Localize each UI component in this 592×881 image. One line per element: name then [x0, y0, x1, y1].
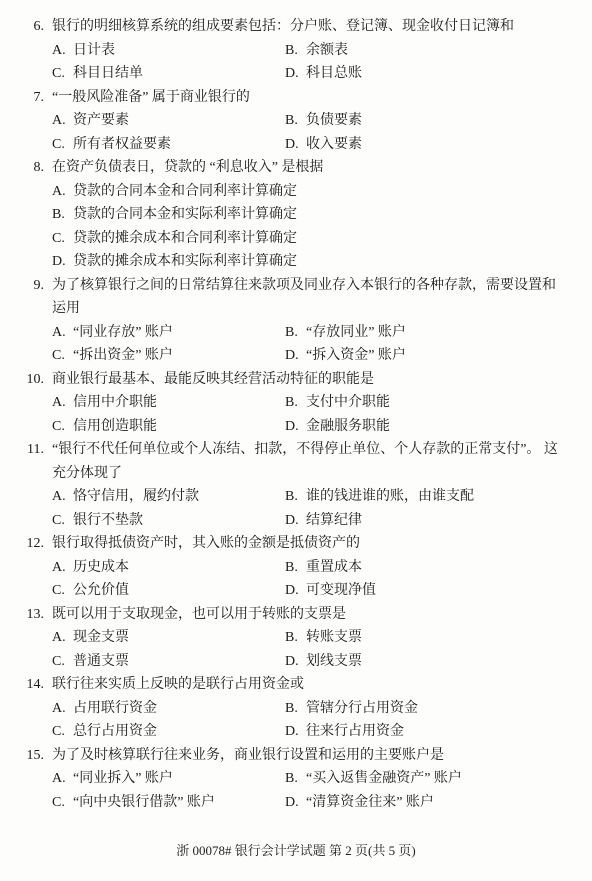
option-letter: A. [52, 556, 67, 580]
option-row: D.贷款的摊余成本和实际利率计算确定 [52, 250, 556, 274]
question-text-line: 银行的明细核算系统的组成要素包括：分户账、登记簿、现金收付日记簿和 [52, 15, 556, 39]
question-text-line: 银行取得抵债资产时，其入账的金额是抵债资产的 [52, 532, 556, 556]
option-text: 恪守信用，履约付款 [73, 489, 199, 504]
option-row: A.占用联行资金B.管辖分行占用资金 [52, 697, 556, 721]
option-letter: B. [285, 556, 300, 580]
option-text: 谁的钱进谁的账，由谁支配 [306, 489, 474, 504]
option-text: 日计表 [73, 43, 115, 58]
option-letter: B. [285, 109, 300, 133]
question-text-line: “银行不代任何单位或个人冻结、扣款，不得停止单位、个人存款的正常支付”。 这 [52, 438, 556, 462]
question-body: “一般风险准备” 属于商业银行的A.资产要素B.负债要素C.所有者权益要素D.收… [52, 86, 556, 157]
option-text: 科目总账 [306, 66, 362, 81]
option-text: 历史成本 [73, 560, 129, 575]
option-letter: C. [52, 62, 67, 86]
option-letter: C. [52, 791, 67, 815]
option-letter: D. [285, 415, 300, 439]
option-A: A.贷款的合同本金和合同利率计算确定 [52, 180, 297, 204]
question-list: 6.银行的明细核算系统的组成要素包括：分户账、登记簿、现金收付日记簿和A.日计表… [0, 15, 592, 814]
option-row: A.贷款的合同本金和合同利率计算确定 [52, 180, 556, 204]
option-D: D.贷款的摊余成本和实际利率计算确定 [52, 250, 297, 274]
option-D: D.“拆入资金” 账户 [285, 344, 406, 368]
option-text: 公允价值 [73, 583, 129, 598]
option-C: C.信用创造职能 [52, 415, 285, 439]
option-text: “向中央银行借款” 账户 [73, 795, 215, 810]
option-letter: D. [285, 579, 300, 603]
option-text: 结算纪律 [306, 513, 362, 528]
option-C: C.公允价值 [52, 579, 285, 603]
option-text: 所有者权益要素 [73, 137, 171, 152]
option-row: C.公允价值D.可变现净值 [52, 579, 556, 603]
option-letter: D. [52, 250, 67, 274]
option-text: 收入要素 [306, 137, 362, 152]
option-B: B.谁的钱进谁的账，由谁支配 [285, 485, 474, 509]
option-text: “同业存放” 账户 [73, 325, 173, 340]
question-12: 12.银行取得抵债资产时，其入账的金额是抵债资产的A.历史成本B.重置成本C.公… [0, 532, 592, 603]
option-letter: D. [285, 133, 300, 157]
option-B: B.贷款的合同本金和实际利率计算确定 [52, 203, 297, 227]
option-text: 贷款的合同本金和合同利率计算确定 [73, 184, 297, 199]
option-text: 重置成本 [306, 560, 362, 575]
option-A: A.资产要素 [52, 109, 285, 133]
option-A: A.日计表 [52, 39, 285, 63]
question-body: 商业银行最基本、最能反映其经营活动特征的职能是A.信用中介职能B.支付中介职能C… [52, 368, 556, 439]
option-letter: B. [52, 203, 67, 227]
option-text: “买入返售金融资产” 账户 [306, 771, 462, 786]
question-text-line: 既可以用于支取现金，也可以用于转账的支票是 [52, 603, 556, 627]
option-B: B.管辖分行占用资金 [285, 697, 418, 721]
option-D: D.可变现净值 [285, 579, 376, 603]
question-number: 9. [0, 274, 44, 298]
option-letter: C. [52, 650, 67, 674]
option-row: C.银行不垫款D.结算纪律 [52, 509, 556, 533]
option-letter: C. [52, 415, 67, 439]
option-B: B.支付中介职能 [285, 391, 390, 415]
question-13: 13.既可以用于支取现金，也可以用于转账的支票是A.现金支票B.转账支票C.普通… [0, 603, 592, 674]
option-text: “清算资金往来” 账户 [306, 795, 434, 810]
option-text: “拆出资金” 账户 [73, 348, 173, 363]
option-A: A.“同业存放” 账户 [52, 321, 285, 345]
option-text: 贷款的合同本金和实际利率计算确定 [73, 207, 297, 222]
option-row: A.“同业拆入” 账户B.“买入返售金融资产” 账户 [52, 767, 556, 791]
option-text: 往来行占用资金 [306, 724, 404, 739]
option-B: B.负债要素 [285, 109, 362, 133]
question-text-line: “一般风险准备” 属于商业银行的 [52, 86, 556, 110]
option-row: A.现金支票B.转账支票 [52, 626, 556, 650]
option-letter: D. [285, 62, 300, 86]
option-letter: D. [285, 650, 300, 674]
option-row: A.信用中介职能B.支付中介职能 [52, 391, 556, 415]
option-D: D.划线支票 [285, 650, 362, 674]
option-row: C.“拆出资金” 账户D.“拆入资金” 账户 [52, 344, 556, 368]
option-B: B.“买入返售金融资产” 账户 [285, 767, 462, 791]
option-letter: A. [52, 767, 67, 791]
option-letter: B. [285, 321, 300, 345]
option-letter: A. [52, 485, 67, 509]
option-letter: D. [285, 344, 300, 368]
question-number: 10. [0, 368, 44, 392]
option-letter: C. [52, 579, 67, 603]
option-row: C.科目日结单D.科目总账 [52, 62, 556, 86]
option-C: C.“向中央银行借款” 账户 [52, 791, 285, 815]
option-letter: B. [285, 767, 300, 791]
option-text: 贷款的摊余成本和合同利率计算确定 [73, 231, 297, 246]
option-letter: B. [285, 697, 300, 721]
option-B: B.“存放同业” 账户 [285, 321, 406, 345]
question-body: 联行往来实质上反映的是联行占用资金或A.占用联行资金B.管辖分行占用资金C.总行… [52, 673, 556, 744]
question-body: 在资产负债表日，贷款的 “利息收入” 是根据A.贷款的合同本金和合同利率计算确定… [52, 156, 556, 274]
question-text-line: 运用 [52, 297, 556, 321]
option-text: 占用联行资金 [73, 701, 157, 716]
option-letter: B. [285, 626, 300, 650]
option-text: 信用创造职能 [73, 419, 157, 434]
question-text-line: 联行往来实质上反映的是联行占用资金或 [52, 673, 556, 697]
option-D: D.往来行占用资金 [285, 720, 404, 744]
option-A: A.“同业拆入” 账户 [52, 767, 285, 791]
question-number: 15. [0, 744, 44, 768]
option-C: C.所有者权益要素 [52, 133, 285, 157]
option-B: B.转账支票 [285, 626, 362, 650]
option-letter: C. [52, 133, 67, 157]
option-letter: D. [285, 509, 300, 533]
option-row: A.恪守信用，履约付款B.谁的钱进谁的账，由谁支配 [52, 485, 556, 509]
option-row: C.总行占用资金D.往来行占用资金 [52, 720, 556, 744]
option-letter: C. [52, 227, 67, 251]
option-letter: A. [52, 391, 67, 415]
question-body: 为了及时核算联行往来业务，商业银行设置和运用的主要账户是A.“同业拆入” 账户B… [52, 744, 556, 815]
option-letter: A. [52, 321, 67, 345]
option-text: 余额表 [306, 43, 348, 58]
question-text-line: 商业银行最基本、最能反映其经营活动特征的职能是 [52, 368, 556, 392]
option-row: C.信用创造职能D.金融服务职能 [52, 415, 556, 439]
option-text: 信用中介职能 [73, 395, 157, 410]
question-14: 14.联行往来实质上反映的是联行占用资金或A.占用联行资金B.管辖分行占用资金C… [0, 673, 592, 744]
option-text: 转账支票 [306, 630, 362, 645]
option-text: 资产要素 [73, 113, 129, 128]
question-text-line: 为了核算银行之间的日常结算往来款项及同业存入本银行的各种存款，需要设置和 [52, 274, 556, 298]
question-body: “银行不代任何单位或个人冻结、扣款，不得停止单位、个人存款的正常支付”。 这充分… [52, 438, 556, 532]
option-text: 支付中介职能 [306, 395, 390, 410]
option-letter: B. [285, 39, 300, 63]
question-8: 8.在资产负债表日，贷款的 “利息收入” 是根据A.贷款的合同本金和合同利率计算… [0, 156, 592, 274]
option-D: D.收入要素 [285, 133, 362, 157]
question-15: 15.为了及时核算联行往来业务，商业银行设置和运用的主要账户是A.“同业拆入” … [0, 744, 592, 815]
option-B: B.余额表 [285, 39, 348, 63]
option-B: B.重置成本 [285, 556, 362, 580]
option-row: C.“向中央银行借款” 账户D.“清算资金往来” 账户 [52, 791, 556, 815]
option-C: C.普通支票 [52, 650, 285, 674]
question-body: 银行的明细核算系统的组成要素包括：分户账、登记簿、现金收付日记簿和A.日计表B.… [52, 15, 556, 86]
option-D: D.科目总账 [285, 62, 362, 86]
option-text: 可变现净值 [306, 583, 376, 598]
question-body: 银行取得抵债资产时，其入账的金额是抵债资产的A.历史成本B.重置成本C.公允价值… [52, 532, 556, 603]
question-number: 14. [0, 673, 44, 697]
exam-page: 6.银行的明细核算系统的组成要素包括：分户账、登记簿、现金收付日记簿和A.日计表… [0, 0, 592, 881]
question-number: 11. [0, 438, 44, 462]
option-A: A.信用中介职能 [52, 391, 285, 415]
option-D: D.“清算资金往来” 账户 [285, 791, 434, 815]
option-A: A.恪守信用，履约付款 [52, 485, 285, 509]
option-letter: B. [285, 391, 300, 415]
option-C: C.贷款的摊余成本和合同利率计算确定 [52, 227, 297, 251]
option-text: 管辖分行占用资金 [306, 701, 418, 716]
option-text: 金融服务职能 [306, 419, 390, 434]
question-number: 6. [0, 15, 44, 39]
option-text: 贷款的摊余成本和实际利率计算确定 [73, 254, 297, 269]
question-body: 为了核算银行之间的日常结算往来款项及同业存入本银行的各种存款，需要设置和运用A.… [52, 274, 556, 368]
option-letter: A. [52, 697, 67, 721]
option-A: A.占用联行资金 [52, 697, 285, 721]
option-A: A.现金支票 [52, 626, 285, 650]
question-7: 7.“一般风险准备” 属于商业银行的A.资产要素B.负债要素C.所有者权益要素D… [0, 86, 592, 157]
option-D: D.金融服务职能 [285, 415, 390, 439]
option-C: C.银行不垫款 [52, 509, 285, 533]
option-letter: C. [52, 509, 67, 533]
option-letter: A. [52, 180, 67, 204]
option-letter: D. [285, 720, 300, 744]
question-6: 6.银行的明细核算系统的组成要素包括：分户账、登记簿、现金收付日记簿和A.日计表… [0, 15, 592, 86]
question-number: 12. [0, 532, 44, 556]
option-text: 银行不垫款 [73, 513, 143, 528]
option-C: C.科目日结单 [52, 62, 285, 86]
option-letter: A. [52, 39, 67, 63]
option-C: C.总行占用资金 [52, 720, 285, 744]
question-11: 11.“银行不代任何单位或个人冻结、扣款，不得停止单位、个人存款的正常支付”。 … [0, 438, 592, 532]
option-text: “拆入资金” 账户 [306, 348, 406, 363]
option-row: C.贷款的摊余成本和合同利率计算确定 [52, 227, 556, 251]
option-text: 普通支票 [73, 654, 129, 669]
option-C: C.“拆出资金” 账户 [52, 344, 285, 368]
option-D: D.结算纪律 [285, 509, 362, 533]
question-number: 7. [0, 86, 44, 110]
option-A: A.历史成本 [52, 556, 285, 580]
option-letter: D. [285, 791, 300, 815]
option-letter: A. [52, 109, 67, 133]
option-text: 现金支票 [73, 630, 129, 645]
option-row: A.日计表B.余额表 [52, 39, 556, 63]
option-letter: C. [52, 720, 67, 744]
question-10: 10.商业银行最基本、最能反映其经营活动特征的职能是A.信用中介职能B.支付中介… [0, 368, 592, 439]
question-9: 9.为了核算银行之间的日常结算往来款项及同业存入本银行的各种存款，需要设置和运用… [0, 274, 592, 368]
question-text-line: 在资产负债表日，贷款的 “利息收入” 是根据 [52, 156, 556, 180]
option-letter: A. [52, 626, 67, 650]
question-number: 13. [0, 603, 44, 627]
option-row: A.历史成本B.重置成本 [52, 556, 556, 580]
option-row: B.贷款的合同本金和实际利率计算确定 [52, 203, 556, 227]
option-text: 负债要素 [306, 113, 362, 128]
option-letter: C. [52, 344, 67, 368]
option-text: 划线支票 [306, 654, 362, 669]
option-row: C.普通支票D.划线支票 [52, 650, 556, 674]
option-text: “同业拆入” 账户 [73, 771, 173, 786]
question-body: 既可以用于支取现金，也可以用于转账的支票是A.现金支票B.转账支票C.普通支票D… [52, 603, 556, 674]
option-text: 总行占用资金 [73, 724, 157, 739]
option-text: “存放同业” 账户 [306, 325, 406, 340]
question-number: 8. [0, 156, 44, 180]
option-row: A.“同业存放” 账户B.“存放同业” 账户 [52, 321, 556, 345]
question-text-line: 为了及时核算联行往来业务，商业银行设置和运用的主要账户是 [52, 744, 556, 768]
question-text-line: 充分体现了 [52, 462, 556, 486]
page-footer: 浙 00078# 银行会计学试题 第 2 页(共 5 页) [0, 840, 592, 859]
option-letter: B. [285, 485, 300, 509]
option-row: C.所有者权益要素D.收入要素 [52, 133, 556, 157]
option-text: 科目日结单 [73, 66, 143, 81]
option-row: A.资产要素B.负债要素 [52, 109, 556, 133]
